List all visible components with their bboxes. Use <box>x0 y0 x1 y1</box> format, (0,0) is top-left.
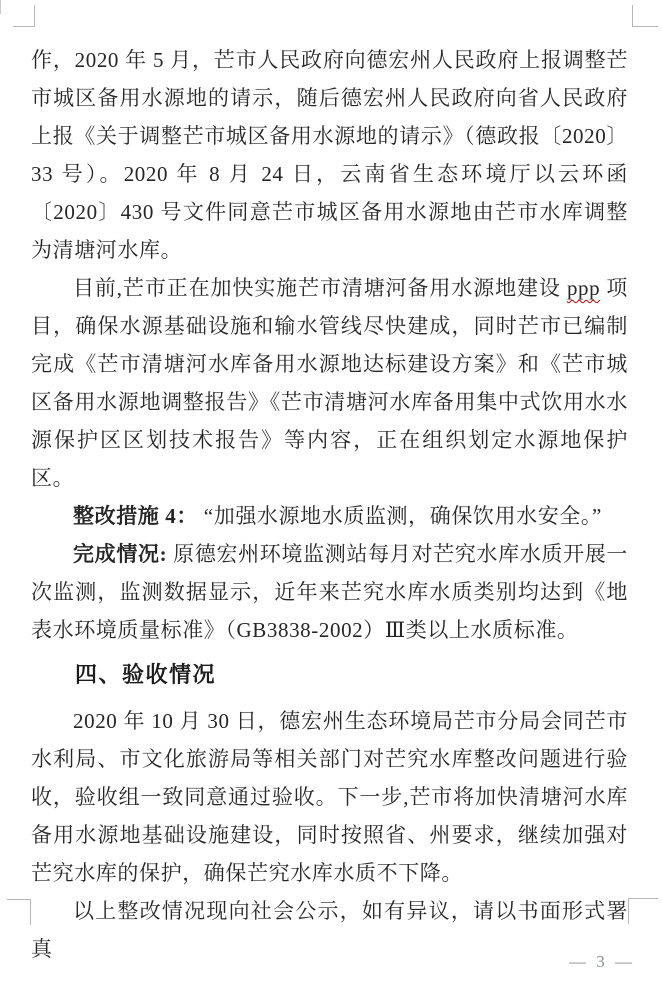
section-heading-acceptance: 四、验收情况 <box>31 656 628 694</box>
document-page: 作，2020 年 5 月，芒市人民政府向德宏州人民政府上报调整芒市城区备用水源地… <box>0 0 662 986</box>
measure-lead-label: 整改措施 4： <box>73 504 198 528</box>
text-boundary-mark-bottom-right <box>628 898 658 924</box>
text-boundary-mark-bottom-left <box>7 899 31 925</box>
paragraph-acceptance: 2020 年 10 月 30 日，德宏州生态环境局芒市分局会同芒市水利局、市文化… <box>31 702 628 892</box>
measure-quote-text: “加强水源地水质监测，确保饮用水安全。” <box>198 504 602 528</box>
completion-lead-label: 完成情况: <box>73 542 167 566</box>
document-body: 作，2020 年 5 月，芒市人民政府向德宏州人民政府上报调整芒市城区备用水源地… <box>31 41 628 968</box>
paragraph-measure: 整改措施 4： “加强水源地水质监测，确保饮用水安全。” <box>31 497 628 535</box>
paragraph-progress: 目前,芒市正在加快实施芒市清塘河备用水源地建设 ppp 项目，确保水源基础设施和… <box>31 269 628 497</box>
misspelled-word: ppp <box>567 276 600 300</box>
paragraph-progress-text-after: 项目，确保水源基础设施和输水管线尽快建成，同时芒市已编制完成《芒市清塘河水库备用… <box>31 276 628 490</box>
paragraph-completion: 完成情况: 原德宏州环境监测站每月对芒究水库水质开展一次监测，监测数据显示，近年… <box>31 535 628 649</box>
text-boundary-mark-top-right <box>632 5 658 27</box>
page-edge-artifact <box>0 0 1 14</box>
paragraph-public-notice: 以上整改情况现向社会公示，如有异议，请以书面形式署真 <box>31 892 628 968</box>
paragraph-continuation: 作，2020 年 5 月，芒市人民政府向德宏州人民政府上报调整芒市城区备用水源地… <box>31 41 628 269</box>
page-number: — 3 — <box>569 952 635 972</box>
text-boundary-mark-top-left <box>13 5 35 27</box>
paragraph-progress-text-before: 目前,芒市正在加快实施芒市清塘河备用水源地建设 <box>73 276 567 300</box>
